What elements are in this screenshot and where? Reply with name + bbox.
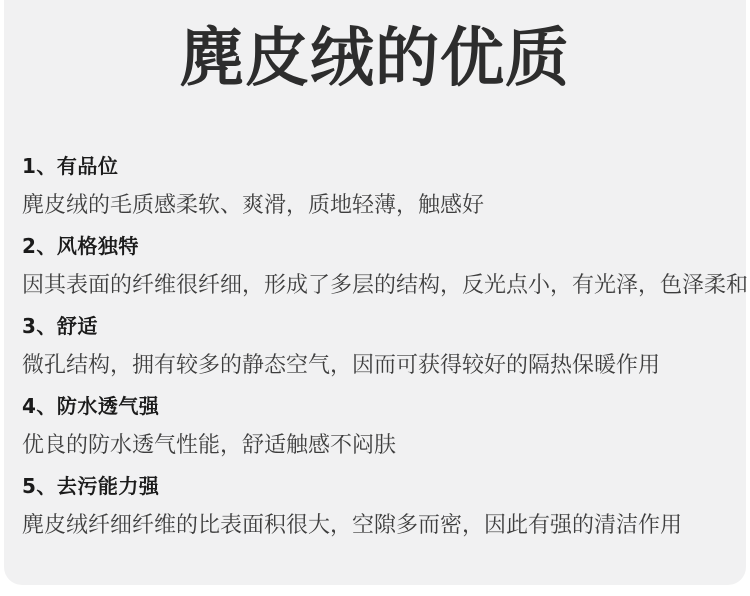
feature-heading: 4、防水透气强 — [22, 396, 730, 416]
feature-item-2: 2、风格独特 因其表面的纤维很纤细，形成了多层的结构，反光点小，有光泽，色泽柔和 — [22, 236, 730, 298]
feature-heading: 1、有品位 — [22, 156, 730, 176]
product-detail-page: 麂皮绒的优质 1、有品位 麂皮绒的毛质感柔软、爽滑，质地轻薄，触感好 2、风格独… — [0, 0, 750, 596]
feature-item-1: 1、有品位 麂皮绒的毛质感柔软、爽滑，质地轻薄，触感好 — [22, 156, 730, 218]
feature-heading: 5、去污能力强 — [22, 476, 730, 496]
feature-item-3: 3、舒适 微孔结构，拥有较多的静态空气，因而可获得较好的隔热保暖作用 — [22, 316, 730, 378]
feature-description: 麂皮绒的毛质感柔软、爽滑，质地轻薄，触感好 — [22, 194, 730, 218]
feature-item-4: 4、防水透气强 优良的防水透气性能，舒适触感不闷肤 — [22, 396, 730, 458]
feature-description: 微孔结构，拥有较多的静态空气，因而可获得较好的隔热保暖作用 — [22, 354, 730, 378]
feature-list: 1、有品位 麂皮绒的毛质感柔软、爽滑，质地轻薄，触感好 2、风格独特 因其表面的… — [22, 156, 730, 556]
suede-benefits-card: 麂皮绒的优质 1、有品位 麂皮绒的毛质感柔软、爽滑，质地轻薄，触感好 2、风格独… — [4, 0, 746, 585]
feature-item-5: 5、去污能力强 麂皮绒纤细纤维的比表面积很大，空隙多而密，因此有强的清洁作用 — [22, 476, 730, 538]
feature-description: 因其表面的纤维很纤细，形成了多层的结构，反光点小，有光泽，色泽柔和 — [22, 274, 730, 298]
page-title: 麂皮绒的优质 — [4, 24, 746, 94]
feature-heading: 3、舒适 — [22, 316, 730, 336]
feature-description: 优良的防水透气性能，舒适触感不闷肤 — [22, 434, 730, 458]
feature-description: 麂皮绒纤细纤维的比表面积很大，空隙多而密，因此有强的清洁作用 — [22, 514, 730, 538]
feature-heading: 2、风格独特 — [22, 236, 730, 256]
